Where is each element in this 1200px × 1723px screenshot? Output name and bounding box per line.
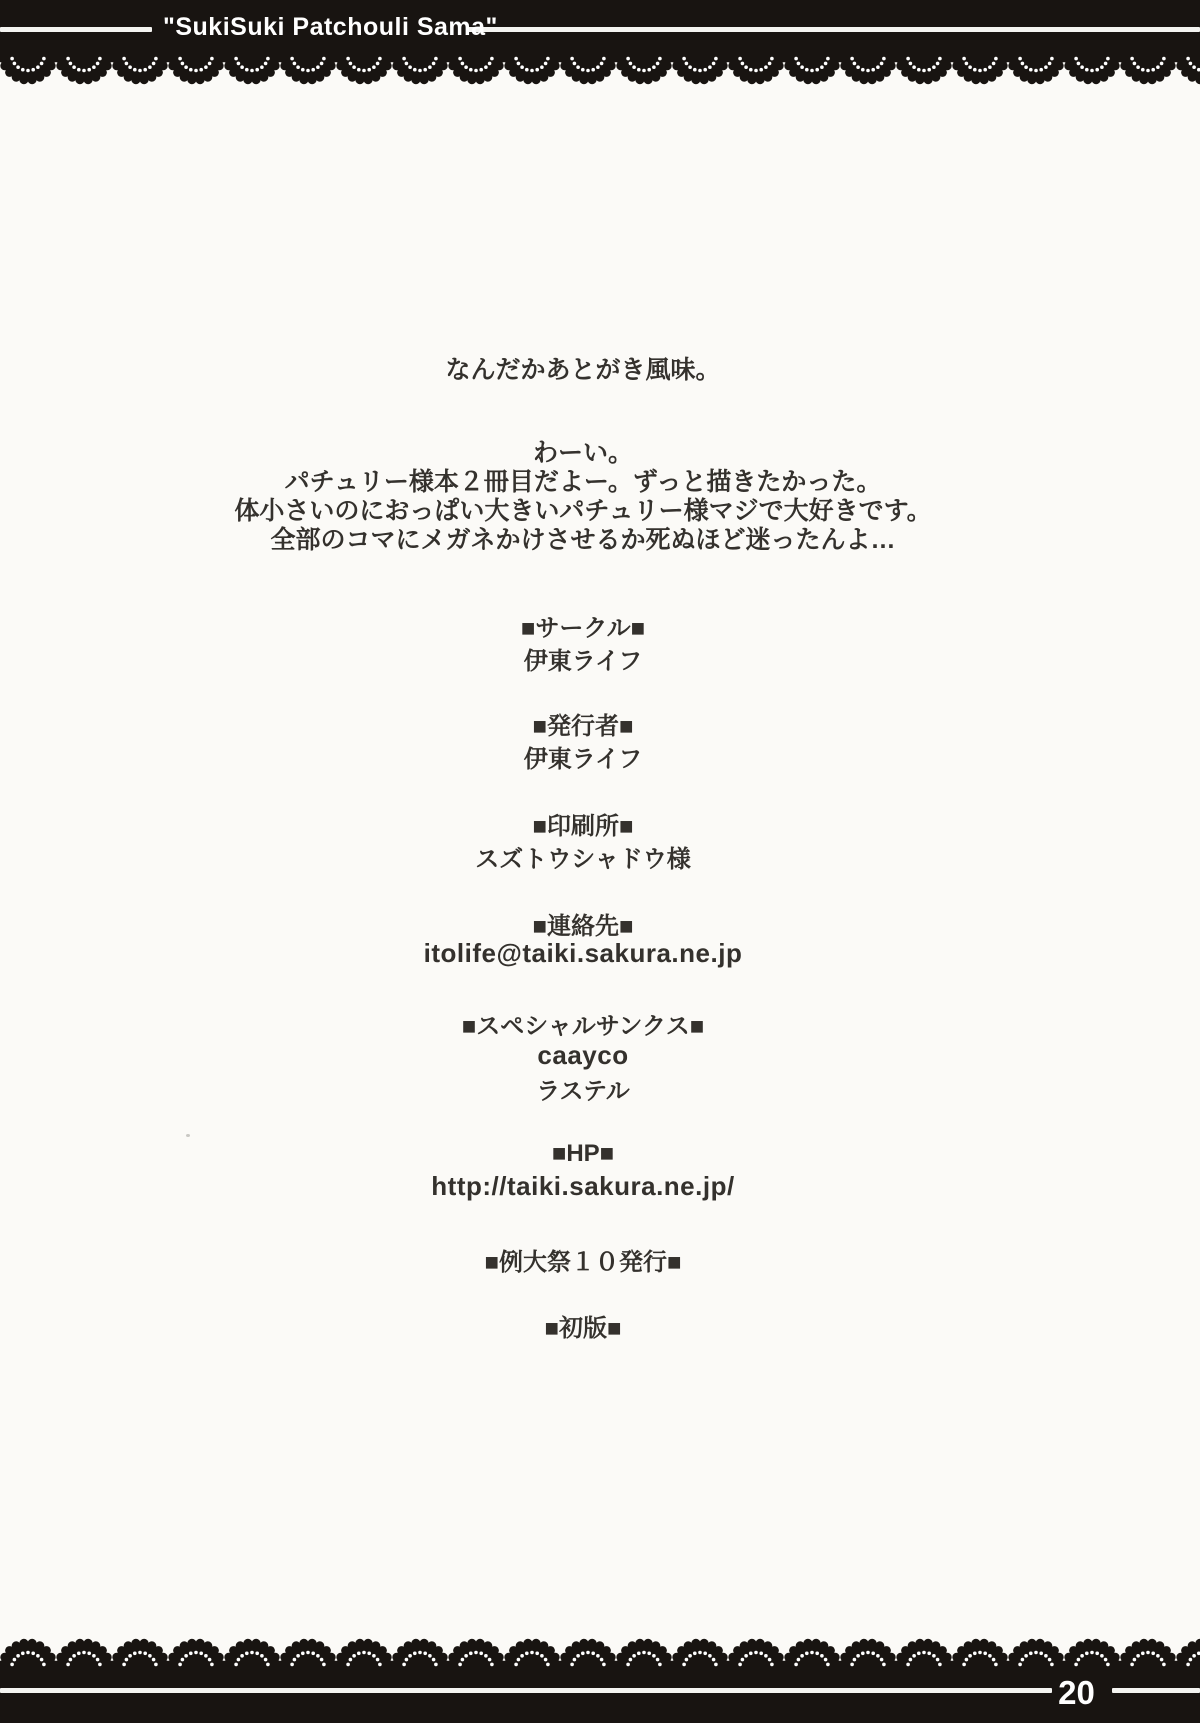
credit-heading-hp: ■HP■	[0, 1140, 1166, 1168]
credit-value-printer: スズトウシャドウ様	[0, 839, 1166, 874]
afterword-intro-line: なんだかあとがき風味。	[0, 350, 1166, 386]
footer-rule-right	[1112, 1688, 1200, 1693]
credit-heading-publisher: ■発行者■	[0, 706, 1166, 741]
credit-heading-thanks: ■スペシャルサンクス■	[0, 1006, 1166, 1041]
footer-rule-left	[0, 1688, 1052, 1693]
scan-speck	[186, 1134, 190, 1137]
credit-heading-contact: ■連絡先■	[0, 906, 1166, 941]
credit-heading-edition: ■初版■	[0, 1308, 1166, 1343]
header-rule-right	[466, 27, 1200, 32]
credit-value-publisher: 伊東ライフ	[0, 739, 1166, 774]
scanned-page: "SukiSuki Patchouli Sama" なんだかあとがき風味。 わー…	[0, 0, 1200, 1723]
lace-border-bottom-icon	[0, 1628, 1200, 1723]
credit-value-thanks-1: caayco	[0, 1040, 1166, 1071]
credit-value-circle: 伊東ライフ	[0, 641, 1166, 676]
header-band: "SukiSuki Patchouli Sama"	[0, 0, 1200, 88]
footer-band: 20	[0, 1628, 1200, 1723]
credit-value-email: itolife@taiki.sakura.ne.jp	[0, 938, 1166, 969]
credit-heading-event: ■例大祭１０発行■	[0, 1242, 1166, 1277]
afterword-intro-line: 全部のコマにメガネかけさせるか死ぬほど迷ったんよ…	[0, 520, 1166, 556]
page-number: 20	[1048, 1676, 1105, 1709]
credit-heading-printer: ■印刷所■	[0, 806, 1166, 841]
header-rule-left	[0, 27, 152, 32]
credit-heading-circle: ■サークル■	[0, 608, 1166, 643]
credit-value-url: http://taiki.sakura.ne.jp/	[0, 1171, 1166, 1202]
page-header-title: "SukiSuki Patchouli Sama"	[163, 13, 498, 42]
credit-value-thanks-2: ラステル	[0, 1071, 1166, 1106]
